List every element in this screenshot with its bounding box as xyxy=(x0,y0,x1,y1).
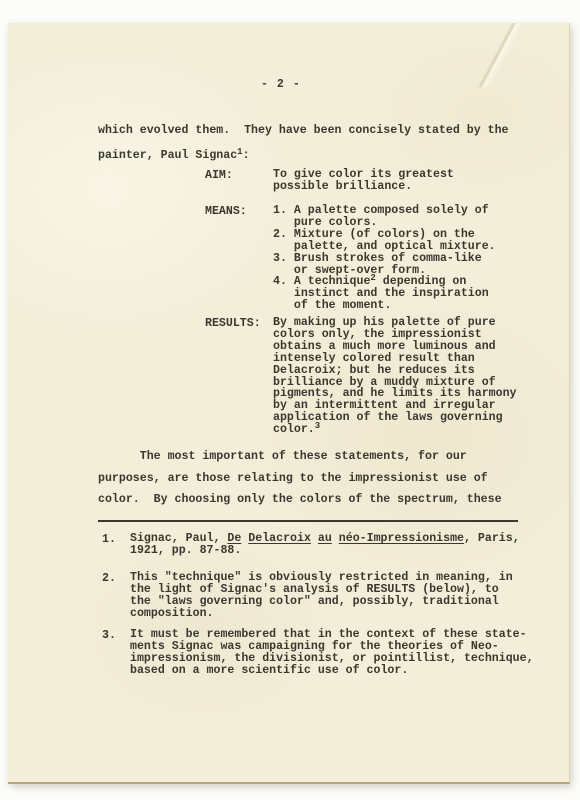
aim-text: To give color its greatestpossible brill… xyxy=(273,169,454,193)
footnote-1-text: Signac, Paul, De Delacroix au néo-Impres… xyxy=(130,533,520,557)
footnote-2: 2. This "technique" is obviously restric… xyxy=(102,572,513,620)
footnote-3: 3. It must be remembered that in the con… xyxy=(102,629,534,677)
page-number: - 2 - xyxy=(261,78,301,91)
means-label: MEANS: xyxy=(205,205,247,218)
footnote-separator xyxy=(98,520,518,522)
paragraph-closing: The most important of these statements, … xyxy=(98,446,502,511)
paragraph-intro: which evolved them. They have been conci… xyxy=(98,118,509,168)
means-text: 1. A palette composed solely of pure col… xyxy=(273,205,496,312)
aim-label: AIM: xyxy=(205,169,233,182)
footnote-1: 1. Signac, Paul, De Delacroix au néo-Imp… xyxy=(102,533,520,557)
footnote-2-number: 2. xyxy=(102,572,130,620)
footnote-1-number: 1. xyxy=(102,533,130,557)
document-page: - 2 - which evolved them. They have been… xyxy=(8,23,570,784)
footnote-3-text: It must be remembered that in the contex… xyxy=(130,629,534,677)
footnote-2-text: This "technique" is obviously restricted… xyxy=(130,572,513,620)
paper-fold-crease xyxy=(439,23,569,87)
footnote-3-number: 3. xyxy=(102,629,130,677)
results-text: By making up his palette of purecolors o… xyxy=(273,317,517,436)
results-label: RESULTS: xyxy=(205,317,261,330)
